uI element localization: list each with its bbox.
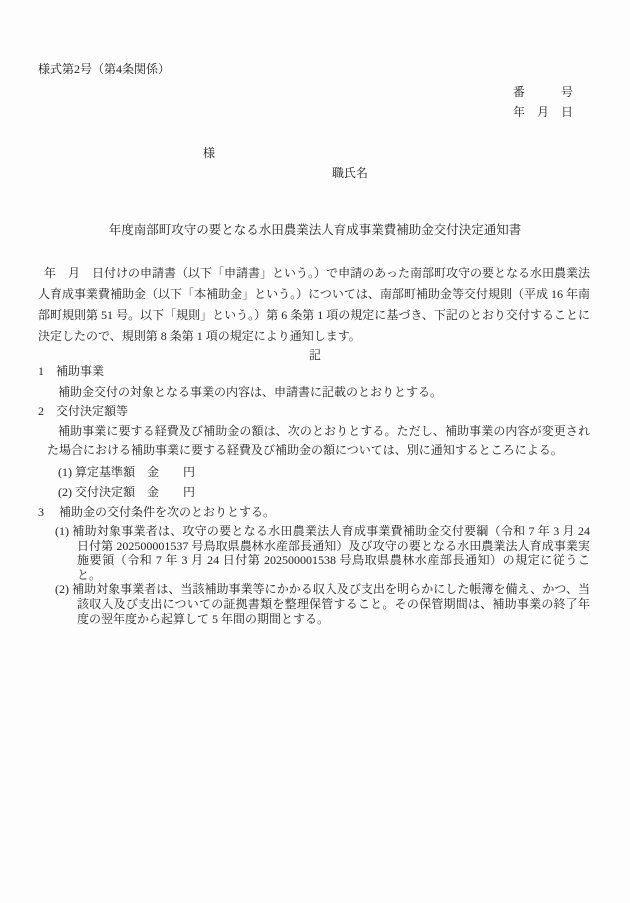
sender-name-label: 職氏名: [332, 167, 368, 179]
section-3-conditions-list: (1) 補助対象事業者は、攻守の要となる水田農業法人育成事業費補助金交付要綱（令…: [77, 524, 590, 626]
section-2-item-calculation-base: (1) 算定基準額 金 円: [58, 466, 195, 478]
notification-document-page: 様式第2号（第4条関係） 番 号 年 月 日 様 職氏名 年度南部町攻守の要とな…: [0, 0, 630, 903]
document-title: 年度南部町攻守の要となる水田農業法人育成事業費補助金交付決定通知書: [0, 224, 630, 237]
section-2-text: 補助事業に要する経費及び補助金の額は、次のとおりとする。ただし、補助事業の内容が…: [47, 422, 590, 460]
record-marker: 記: [0, 349, 630, 361]
form-number-label: 様式第2号（第4条関係）: [38, 63, 170, 75]
section-3-condition-2: (2) 補助対象事業者は、当該補助事業等にかかる収入及び支出を明らかにした帳簿を…: [77, 582, 590, 626]
body-paragraph: 年 月 日付けの申請書（以下「申請書」という。）で申請のあった南部町攻守の要とな…: [38, 263, 590, 347]
section-2-heading: 2 交付決定額等: [38, 405, 128, 417]
section-3-condition-1: (1) 補助対象事業者は、攻守の要となる水田農業法人育成事業費補助金交付要綱（令…: [77, 524, 590, 582]
addressee-honorific: 様: [203, 147, 215, 159]
section-2-item-grant-decision: (2) 交付決定額 金 円: [58, 486, 195, 498]
section-1-heading: 1 補助事業: [38, 365, 104, 377]
section-1-text: 補助金交付の対象となる事業の内容は、申請書に記載のとおりとする。: [58, 386, 442, 398]
document-date-field: 年 月 日: [513, 106, 573, 118]
section-3-heading: 3 補助金の交付条件を次のとおりとする。: [38, 506, 275, 518]
document-number-field: 番 号: [513, 86, 573, 98]
